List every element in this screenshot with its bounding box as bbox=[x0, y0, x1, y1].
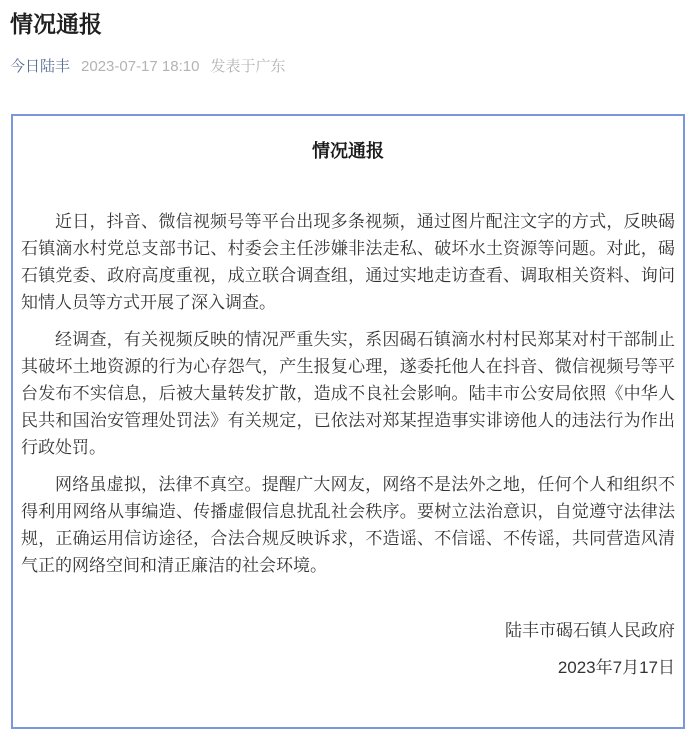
byline-row: 今日陆丰 2023-07-17 18:10 发表于广东 bbox=[10, 58, 685, 75]
publish-location: 发表于广东 bbox=[210, 58, 285, 75]
notice-box: 情况通报 近日，抖音、微信视频号等平台出现多条视频，通过图片配注文字的方式，反映… bbox=[11, 114, 685, 729]
page-title: 情况通报 bbox=[10, 12, 685, 37]
notice-paragraph: 网络虽虚拟，法律不真空。提醒广大网友，网络不是法外之地，任何个人和组织不得利用网… bbox=[21, 471, 675, 579]
publish-timestamp: 2023-07-17 18:10 bbox=[81, 58, 199, 75]
account-name-link[interactable]: 今日陆丰 bbox=[10, 58, 70, 75]
notice-date: 2023年7月17日 bbox=[21, 654, 675, 681]
notice-paragraph: 经调查，有关视频反映的情况严重失实，系因碣石镇滴水村村民郑某对村干部制止其破坏土… bbox=[21, 326, 675, 461]
article-page: 情况通报 今日陆丰 2023-07-17 18:10 发表于广东 情况通报 近日… bbox=[0, 12, 693, 729]
notice-paragraph: 近日，抖音、微信视频号等平台出现多条视频，通过图片配注文字的方式，反映碣石镇滴水… bbox=[21, 208, 675, 316]
notice-body: 近日，抖音、微信视频号等平台出现多条视频，通过图片配注文字的方式，反映碣石镇滴水… bbox=[21, 208, 675, 579]
notice-signature: 陆丰市碣石镇人民政府 bbox=[21, 617, 675, 644]
notice-title: 情况通报 bbox=[21, 138, 675, 165]
